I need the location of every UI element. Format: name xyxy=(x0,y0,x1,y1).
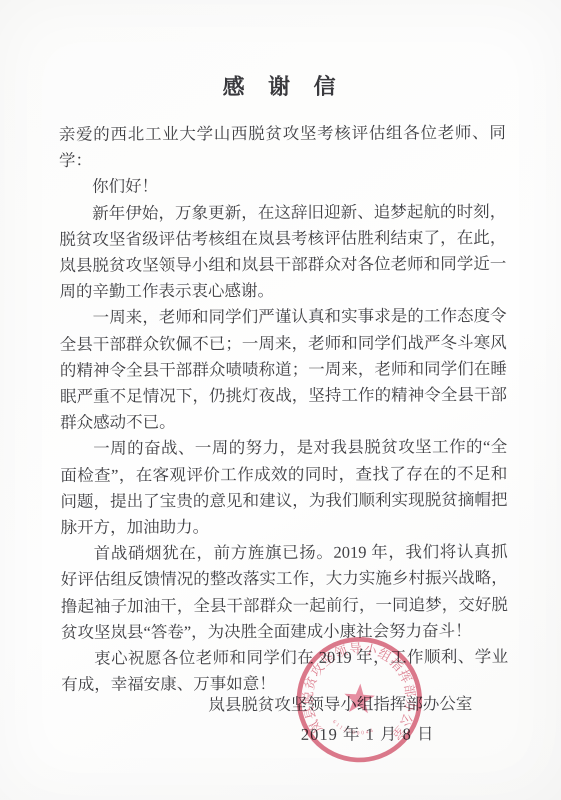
letter-title: 感 谢 信 xyxy=(0,69,560,102)
paragraph-3: 一周的奋战、一周的努力，是对我县脱贫攻坚工作的“全面检查”，在客观评价工作成效的… xyxy=(60,434,507,541)
paragraph-1: 新年伊始，万象更新，在这辞旧迎新、追梦起航的时刻，脱贫攻坚省级评估考核组在岚县考… xyxy=(59,199,506,306)
letter-body: 亲爱的西北工业大学山西脱贫攻坚考核评估组各位老师、同学： 你们好！ 新年伊始，万… xyxy=(59,120,509,698)
scanned-letter: 感 谢 信 亲爱的西北工业大学山西脱贫攻坚考核评估组各位老师、同学： 你们好！ … xyxy=(0,0,561,800)
star-icon xyxy=(343,683,375,714)
official-seal-stamp: 岚县脱贫攻坚领导小组指挥部办公室 6112700044 xyxy=(288,628,430,770)
greeting-line: 你们好！ xyxy=(59,172,506,200)
salutation-line: 亲爱的西北工业大学山西脱贫攻坚考核评估组各位老师、同学： xyxy=(59,120,506,174)
date-line: 2019 年 1 月 8 日 xyxy=(1,720,561,749)
letter-page: 感 谢 信 亲爱的西北工业大学山西脱贫攻坚考核评估组各位老师、同学： 你们好！ … xyxy=(0,0,561,800)
seal-serial-number: 6112700044 xyxy=(330,719,376,738)
paragraph-4: 首战硝烟犹在，前方旌旗已扬。2019 年，我们将认真抓好评估组反馈情况的整改落实… xyxy=(61,539,508,646)
paragraph-2: 一周来，老师和同学们严谨认真和实事求是的工作态度令全县干部群众钦佩不已；一周来，… xyxy=(60,303,508,436)
closing-block: 岚县脱贫攻坚领导小组指挥部办公室 2019 年 1 月 8 日 xyxy=(1,690,561,749)
signature-line: 岚县脱贫攻坚领导小组指挥部办公室 xyxy=(1,690,561,719)
